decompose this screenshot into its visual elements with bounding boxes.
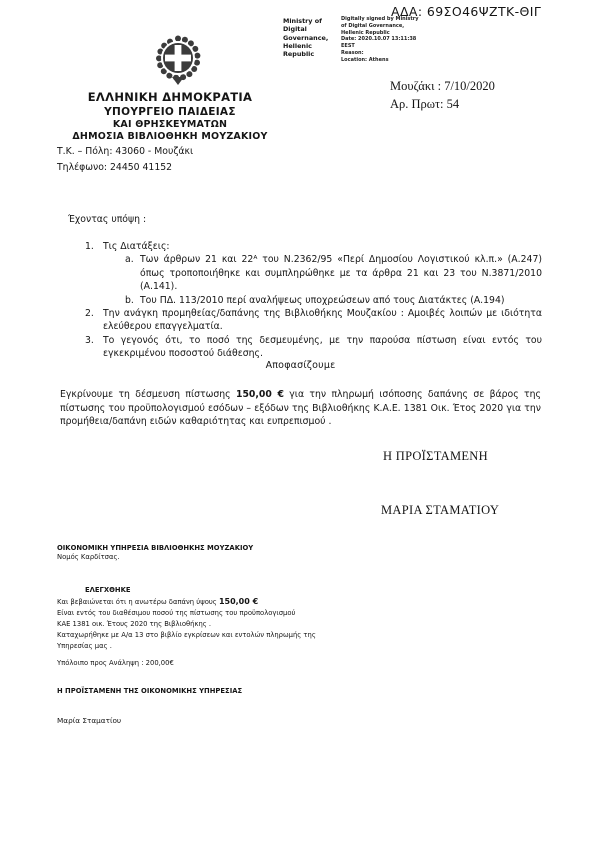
reference-block: Μουζάκι : 7/10/2020 Αρ. Πρωτ: 54 — [390, 77, 495, 113]
phone-number: Τηλέφωνο: 24450 41152 — [57, 160, 193, 176]
decision-paragraph: Εγκρίνουμε τη δέσμευση πίστωσης 150,00 €… — [60, 388, 541, 429]
audit-line: Υπηρεσίας μας . — [57, 641, 367, 652]
stamp-org-line: Governance, — [283, 34, 343, 42]
signature-stamp-details: Digitally signed by Ministry of Digital … — [341, 16, 436, 63]
finance-head-title: Η ΠΡΟΪΣΤΑΜΕΝΗ ΤΗΣ ΟΙΚΟΝΟΜΙΚΗΣ ΥΠΗΡΕΣΙΑΣ — [57, 687, 242, 696]
postal-address: Τ.Κ. – Πόλη: 43060 - Μουζάκι — [57, 144, 193, 160]
list-item-text: Την ανάγκη προμηθείας/δαπάνης της Βιβλιο… — [103, 307, 542, 334]
letterhead-republic: ΕΛΛΗΝΙΚΗ ΔΗΜΟΚΡΑΤΙΑ — [20, 90, 320, 104]
stamp-org-line: Ministry of Digital — [283, 17, 343, 34]
decision-text: Εγκρίνουμε τη δέσμευση πίστωσης — [60, 389, 236, 400]
list-item-text: Του ΠΔ. 113/2010 περί αναλήψεως υποχρεώσ… — [140, 294, 542, 307]
signatory-title: Η ΠΡΟΪΣΤΑΜΕΝΗ — [383, 449, 488, 464]
list-item-number: 1. — [85, 240, 103, 253]
stamp-detail-line: Hellenic Republic — [341, 30, 436, 37]
list-item-number: 2. — [85, 307, 103, 334]
signatory-name: ΜΑΡΙΑ ΣΤΑΜΑΤΙΟΥ — [381, 503, 499, 518]
stamp-detail-line: Location: Athens — [341, 57, 436, 64]
finance-head-name: Μαρία Σταματίου — [57, 716, 121, 725]
greek-emblem-icon — [146, 33, 210, 88]
stamp-detail-line: of Digital Governance, — [341, 23, 436, 30]
audit-amount: 150,00 € — [219, 597, 258, 606]
list-item-number: 3. — [85, 334, 103, 361]
decision-heading: Αποφασίζουμε — [60, 360, 541, 371]
signature-stamp-org: Ministry of Digital Governance, Hellenic… — [283, 17, 343, 59]
audit-line-text: Και βεβαιώνεται ότι η ανωτέρω δαπάνη ύψο… — [57, 598, 219, 606]
list-item-text: Το γεγονός ότι, το ποσό της δεσμευμένης,… — [103, 334, 542, 361]
list-item: 1. Τις Διατάξεις: — [60, 240, 542, 253]
stamp-detail-line: Date: 2020.10.07 13:11:38 — [341, 36, 436, 43]
list-item: 2. Την ανάγκη προμηθείας/δαπάνης της Βιβ… — [60, 307, 542, 334]
place-date: Μουζάκι : 7/10/2020 — [390, 77, 495, 95]
audit-line: Καταχωρήθηκε με Α/α 13 στο βιβλίο εγκρίσ… — [57, 630, 367, 641]
list-item-number: b. — [125, 294, 140, 307]
letterhead: ΕΛΛΗΝΙΚΗ ΔΗΜΟΚΡΑΤΙΑ ΥΠΟΥΡΓΕΙΟ ΠΑΙΔΕΙΑΣ Κ… — [20, 90, 320, 142]
considerations-list: 1. Τις Διατάξεις: a. Των άρθρων 21 και 2… — [60, 240, 542, 361]
letterhead-ministry: ΥΠΟΥΡΓΕΙΟ ΠΑΙΔΕΙΑΣ — [20, 106, 320, 118]
list-item: b. Του ΠΔ. 113/2010 περί αναλήψεως υποχρ… — [60, 294, 542, 307]
stamp-org-line: Hellenic Republic — [283, 42, 343, 59]
stamp-detail-line: EEST — [341, 43, 436, 50]
stamp-detail-line: Digitally signed by Ministry — [341, 16, 436, 23]
contact-block: Τ.Κ. – Πόλη: 43060 - Μουζάκι Τηλέφωνο: 2… — [57, 144, 193, 176]
remaining-balance: Υπόλοιπο προς Ανάληψη : 200,00€ — [57, 659, 174, 668]
protocol-number: Αρ. Πρωτ: 54 — [390, 95, 495, 113]
list-item-text: Τις Διατάξεις: — [103, 240, 542, 253]
audit-certification: Και βεβαιώνεται ότι η ανωτέρω δαπάνη ύψο… — [57, 597, 367, 652]
letterhead-ministry-2: ΚΑΙ ΘΡΗΣΚΕΥΜΑΤΩΝ — [20, 119, 320, 130]
audit-service-title: ΟΙΚΟΝΟΜΙΚΗ ΥΠΗΡΕΣΙΑ ΒΙΒΛΙΟΘΗΚΗΣ ΜΟΥΖΑΚΙΟ… — [57, 544, 253, 553]
audit-line: Είναι εντός του διαθέσιμου ποσού της πίσ… — [57, 608, 367, 619]
list-item: a. Των άρθρων 21 και 22ᴬ του Ν.2362/95 «… — [60, 253, 542, 293]
stamp-detail-line: Reason: — [341, 50, 436, 57]
list-item: 3. Το γεγονός ότι, το ποσό της δεσμευμέν… — [60, 334, 542, 361]
audit-line: ΚΑΕ 1381 οικ. Έτους 2020 της Βιβλιοθήκης… — [57, 619, 367, 630]
list-item-text: Των άρθρων 21 και 22ᴬ του Ν.2362/95 «Περ… — [140, 253, 542, 293]
document-page: ΑΔΑ: 69ΣΟ46ΨΖΤΚ-ΘΙΓ Ministry of Digital … — [0, 0, 595, 842]
audit-prefecture: Νομός Καρδίτσας. — [57, 553, 120, 562]
list-item-number: a. — [125, 253, 140, 293]
audit-line: Και βεβαιώνεται ότι η ανωτέρω δαπάνη ύψο… — [57, 597, 367, 608]
letterhead-library: ΔΗΜΟΣΙΑ ΒΙΒΛΙΟΘΗΚΗ ΜΟΥΖΑΚΙΟΥ — [20, 131, 320, 142]
decision-amount: 150,00 € — [236, 389, 284, 400]
audit-checked-label: ΕΛΕΓΧΘΗΚΕ — [85, 586, 131, 595]
considerations-intro: Έχοντας υπόψη : — [68, 214, 146, 225]
